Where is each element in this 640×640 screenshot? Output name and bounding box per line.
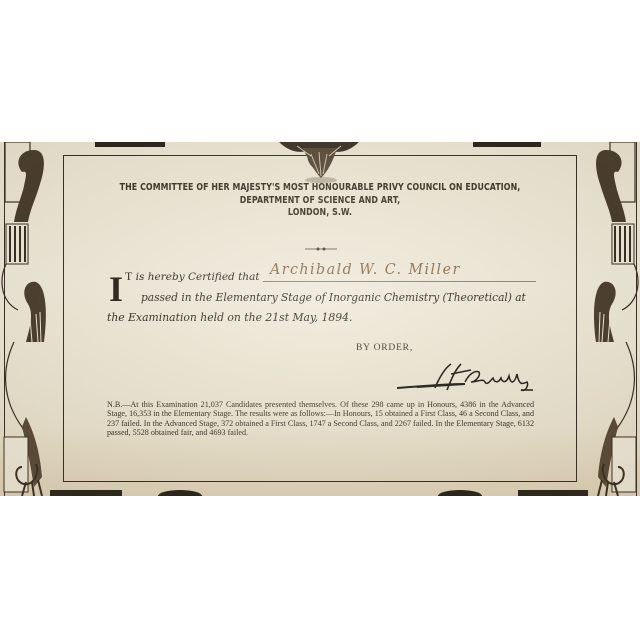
right-scroll-ornament-icon <box>576 142 640 496</box>
heading-line-2: DEPARTMENT OF SCIENCE AND ART, <box>109 195 530 208</box>
exam-date-line: the Examination held on the 21st May, 18… <box>107 311 352 324</box>
certificate-photo: THE COMMITTEE OF HER MAJESTY'S MOST HONO… <box>0 142 640 496</box>
acanthus-leaf-ornament-icon <box>275 142 365 184</box>
heading-line-3: LONDON, S.W. <box>109 207 530 220</box>
recipient-name-line <box>263 281 536 282</box>
bottom-border-ornaments <box>0 488 640 496</box>
rule-ornament-icon <box>305 247 337 251</box>
examination-note: N.B.—At this Examination 21,037 Candidat… <box>107 400 534 437</box>
dropcap-letter: I <box>109 274 123 304</box>
by-order-label: BY ORDER, <box>356 343 413 353</box>
subject-line: passed in the Elementary Stage of Inorga… <box>141 291 526 304</box>
recipient-name: Archibald W. C. Miller <box>270 262 461 278</box>
signature-icon <box>395 360 540 396</box>
issuing-authority-heading: THE COMMITTEE OF HER MAJESTY'S MOST HONO… <box>109 182 530 220</box>
left-scroll-ornament-icon <box>0 142 64 496</box>
heading-line-1: THE COMMITTEE OF HER MAJESTY'S MOST HONO… <box>109 182 530 195</box>
intro-text: is hereby Certified that <box>132 271 259 283</box>
certification-intro: T is hereby Certified that <box>125 269 260 284</box>
